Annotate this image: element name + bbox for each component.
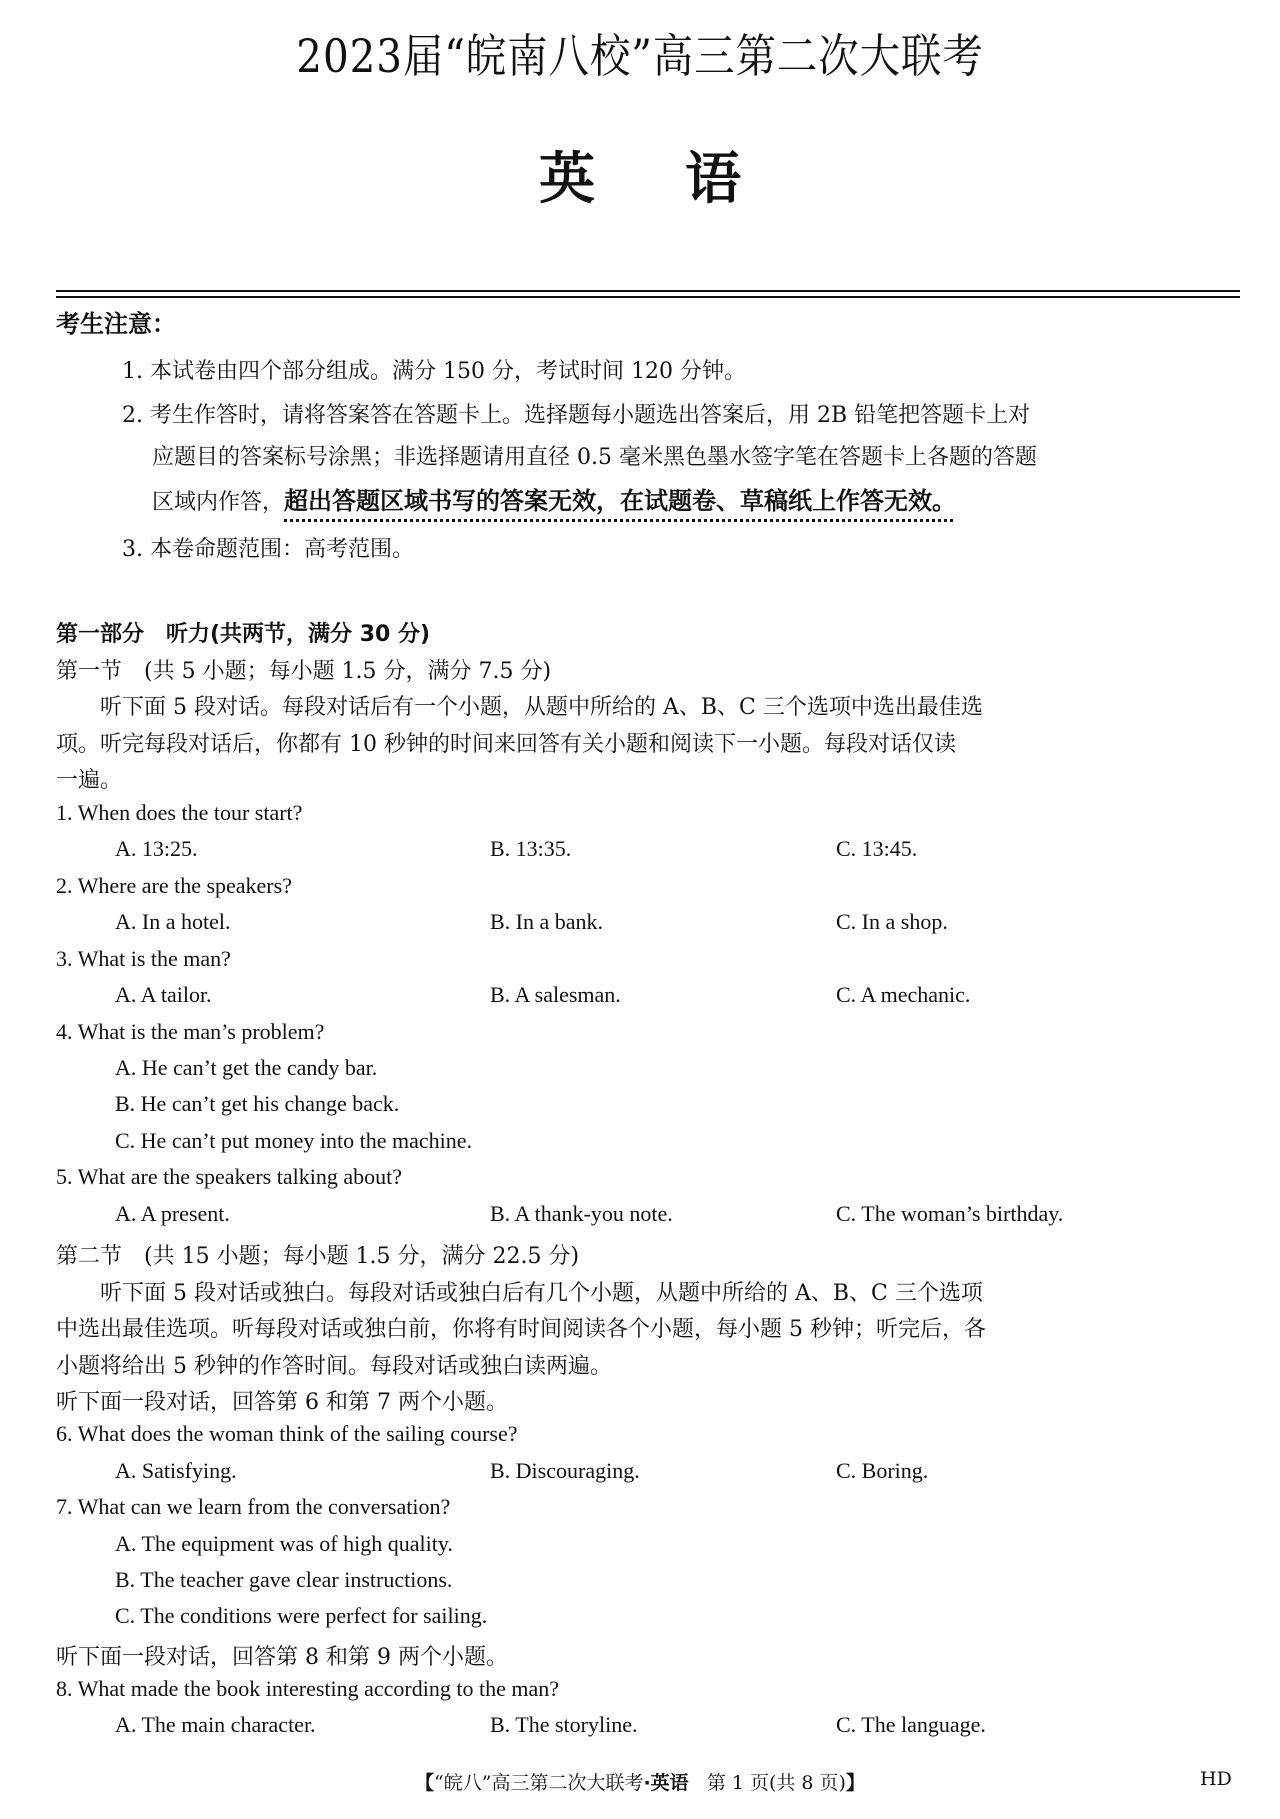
- footer-right-bracket: 】: [846, 1772, 865, 1794]
- notice-item-2-emphasis: 超出答题区域书写的答案无效，在试题卷、草稿纸上作答无效。: [284, 487, 956, 515]
- q1-option-a: A. 13:25.: [115, 836, 198, 862]
- notice-item-2-plain: 区域内作答，: [152, 490, 284, 515]
- q4-option-c: C. He can’t put money into the machine.: [115, 1128, 472, 1154]
- q1-option-c: C. 13:45.: [836, 836, 917, 862]
- q2-option-a: A. In a hotel.: [115, 909, 230, 935]
- q8-option-a: A. The main character.: [115, 1712, 316, 1738]
- footer-exam-name: “皖八”高三第二次大联考: [434, 1772, 643, 1794]
- q2-option-b: B. In a bank.: [490, 909, 603, 935]
- question-5: 5. What are the speakers talking about?: [56, 1164, 402, 1190]
- section2-heading: 第二节 (共 15 小题；每小题 1.5 分，满分 22.5 分): [56, 1239, 579, 1270]
- q8-option-b: B. The storyline.: [490, 1712, 637, 1738]
- footer-code: HD: [1200, 1768, 1232, 1790]
- subject-title: 英语: [0, 135, 1280, 215]
- footer-page-number: 第 1 页(共 8 页): [707, 1772, 846, 1794]
- q5-option-a: A. A present.: [115, 1201, 230, 1227]
- q7-option-b: B. The teacher gave clear instructions.: [115, 1567, 452, 1593]
- question-8: 8. What made the book interesting accord…: [56, 1676, 559, 1702]
- q1-option-b: B. 13:35.: [490, 836, 571, 862]
- q3-option-a: A. A tailor.: [115, 982, 212, 1008]
- section1-heading: 第一节 (共 5 小题；每小题 1.5 分，满分 7.5 分): [56, 654, 551, 685]
- header-divider-bottom: [56, 296, 1240, 298]
- question-6: 6. What does the woman think of the sail…: [56, 1421, 517, 1447]
- notice-item-1: 1. 本试卷由四个部分组成。满分 150 分，考试时间 120 分钟。: [122, 354, 746, 385]
- section2-instructions-3: 小题将给出 5 秒钟的作答时间。每段对话或独白读两遍。: [56, 1349, 612, 1380]
- q5-option-b: B. A thank-you note.: [490, 1201, 673, 1227]
- notice-item-2: 2. 考生作答时，请将答案答在答题卡上。选择题每小题选出答案后，用 2B 铅笔把…: [122, 398, 1030, 429]
- q8-option-c: C. The language.: [836, 1712, 986, 1738]
- q7-option-c: C. The conditions were perfect for saili…: [115, 1603, 487, 1629]
- header-divider-top: [56, 290, 1240, 292]
- dialog-6-7-intro: 听下面一段对话，回答第 6 和第 7 两个小题。: [56, 1385, 508, 1416]
- q6-option-a: A. Satisfying.: [115, 1458, 237, 1484]
- section2-instructions-2: 中选出最佳选项。听每段对话或独白前，你将有时间阅读各个小题，每小题 5 秒钟；听…: [56, 1312, 986, 1343]
- notice-item-2-end: 区域内作答，超出答题区域书写的答案无效，在试题卷、草稿纸上作答无效。: [152, 481, 956, 516]
- question-3: 3. What is the man?: [56, 946, 231, 972]
- question-1: 1. When does the tour start?: [56, 800, 302, 826]
- q3-option-c: C. A mechanic.: [836, 982, 970, 1008]
- q6-option-b: B. Discouraging.: [490, 1458, 640, 1484]
- q4-option-b: B. He can’t get his change back.: [115, 1091, 399, 1117]
- question-7: 7. What can we learn from the conversati…: [56, 1494, 450, 1520]
- q2-option-c: C. In a shop.: [836, 909, 948, 935]
- footer-dot: ·: [643, 1772, 650, 1794]
- q4-option-a: A. He can’t get the candy bar.: [115, 1055, 377, 1081]
- q5-option-c: C. The woman’s birthday.: [836, 1201, 1063, 1227]
- question-4: 4. What is the man’s problem?: [56, 1019, 324, 1045]
- q3-option-b: B. A salesman.: [490, 982, 621, 1008]
- footer-left-bracket: 【: [415, 1772, 434, 1794]
- section2-instructions-1: 听下面 5 段对话或独白。每段对话或独白后有几个小题，从题中所给的 A、B、C …: [100, 1276, 983, 1307]
- exam-title: 2023届“皖南八校”高三第二次大联考: [77, 20, 1203, 86]
- notice-item-2-cont: 应题目的答案标号涂黑；非选择题请用直径 0.5 毫米黑色墨水签字笔在答题卡上各题…: [152, 440, 1037, 471]
- dialog-8-9-intro: 听下面一段对话，回答第 8 和第 9 两个小题。: [56, 1640, 508, 1671]
- footer-subject: 英语: [651, 1772, 689, 1794]
- section1-instructions-3: 一遍。: [56, 763, 122, 794]
- section1-instructions-1: 听下面 5 段对话。每段对话后有一个小题，从题中所给的 A、B、C 三个选项中选…: [100, 690, 983, 721]
- question-2: 2. Where are the speakers?: [56, 873, 292, 899]
- section1-instructions-2: 项。听完每段对话后，你都有 10 秒钟的时间来回答有关小题和阅读下一小题。每段对…: [56, 727, 956, 758]
- q6-option-c: C. Boring.: [836, 1458, 928, 1484]
- notice-item-3: 3. 本卷命题范围：高考范围。: [122, 532, 414, 563]
- q7-option-a: A. The equipment was of high quality.: [115, 1531, 453, 1557]
- notice-heading: 考生注意：: [56, 304, 176, 339]
- page-footer: 【“皖八”高三第二次大联考·英语 第 1 页(共 8 页)】: [0, 1768, 1280, 1795]
- part1-heading: 第一部分 听力(共两节，满分 30 分): [56, 617, 430, 648]
